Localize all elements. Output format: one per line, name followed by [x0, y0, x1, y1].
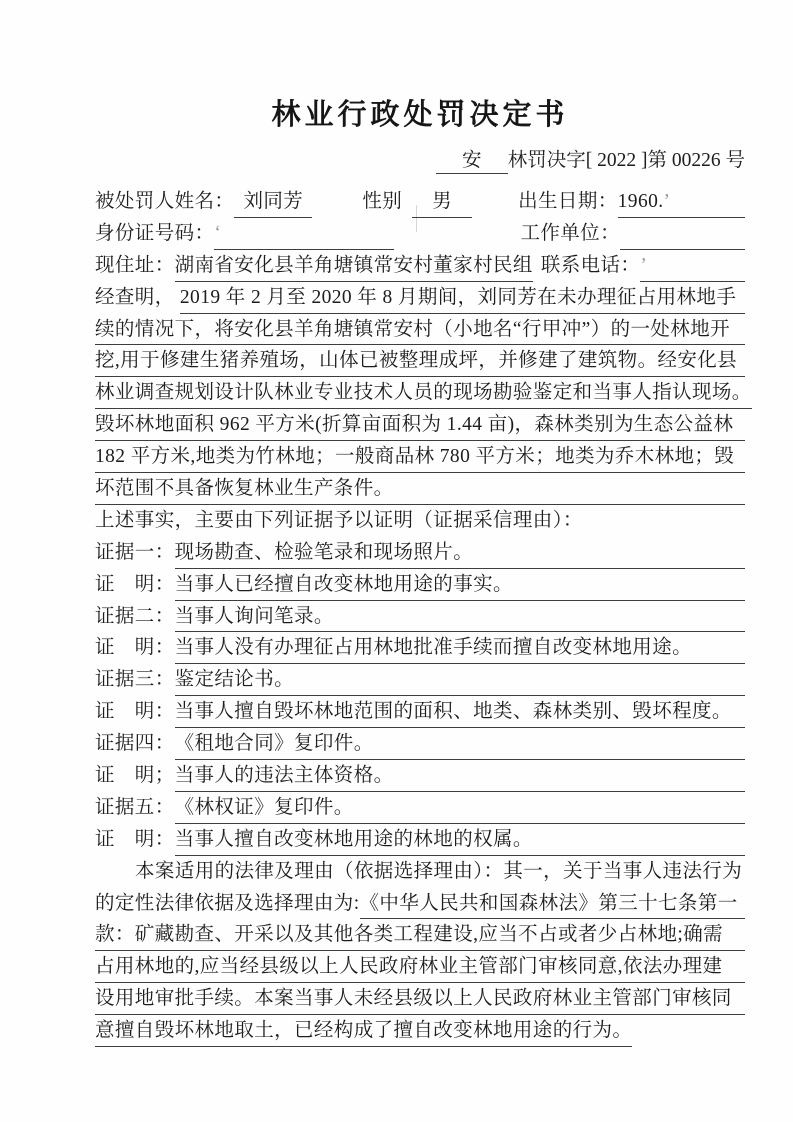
underline-fill	[513, 569, 745, 601]
id-redacted-mark: ‘	[214, 223, 221, 244]
evidence-text: 当事人没有办理征占用林地批准手续而擅自改变林地用途。	[175, 632, 692, 664]
gender-field-label: 性别	[362, 186, 402, 218]
underline-fill	[738, 888, 745, 920]
underline-fill	[732, 696, 745, 728]
underline-fill	[723, 919, 745, 951]
findings-text: 挖,用于修建生猪养殖场，山体已被整理成坪，并修建了建筑物。经安化县	[95, 345, 737, 377]
phone-field-label: 联系电话：	[541, 250, 641, 282]
field-row-name-gender-birth: 被处罚人姓名： 刘同芳 性别 男 出生日期： 1960.’	[95, 186, 745, 218]
address-field-value: 湖南省安化县羊角塘镇常安村董家村民组	[175, 250, 533, 282]
underline-fill	[394, 473, 745, 505]
evidence-label: 证 明：	[95, 824, 175, 856]
legal-text-underlined: 《中华人民共和国森林法》第三十七条第一	[360, 888, 738, 920]
evidence-label: 证据三：	[95, 664, 175, 696]
underline-fill	[733, 409, 745, 441]
evidence-proof-2: 证 明： 当事人没有办理征占用林地批准手续而擅自改变林地用途。	[95, 632, 745, 664]
evidence-proof-4: 证 明； 当事人的违法主体资格。	[95, 760, 745, 792]
findings-line-1: 经查明， 2019 年 2 月至 2020 年 8 月期间，刘同芳在未办理征占用…	[95, 282, 745, 314]
underline-fill	[374, 728, 745, 760]
spacer	[402, 186, 412, 218]
work-field-value	[620, 218, 745, 250]
phone-field-value: ’	[640, 250, 745, 282]
evidence-label: 证据五：	[95, 792, 175, 824]
findings-text: 续的情况下，将安化县羊角塘镇常安村（小地名“行甲冲”）的一处林地开	[95, 314, 730, 346]
doc-number-region: 安	[436, 147, 508, 174]
findings-line-7: 坏范围不具备恢复林业生产条件。	[95, 473, 745, 505]
field-row-id-work: 身份证号码： ‘ 工作单位：	[95, 218, 745, 250]
spacer	[533, 250, 541, 282]
legal-text-underlined: 设用地审批手续。本案当事人未经县级以上人民政府林业主管部门审核同	[95, 983, 732, 1015]
spacer	[394, 218, 520, 250]
evidence-proof-1: 证 明： 当事人已经擅自改变林地用途的事实。	[95, 569, 745, 601]
legal-line-3: 款：矿藏勘查、开采以及其他各类工程建设,应当不占或者少占林地;确需	[95, 919, 745, 951]
doc-number-text: 林罚决字[ 2022 ]第 00226 号	[508, 147, 745, 174]
evidence-label: 证 明；	[95, 760, 175, 792]
evidence-item-1: 证据一： 现场勘查、检验笔录和现场照片。	[95, 537, 745, 569]
address-field-label: 现住址：	[95, 250, 175, 282]
evidence-proof-3: 证 明： 当事人擅自毁坏林地范围的面积、地类、森林类别、毁坏程度。	[95, 696, 745, 728]
findings-lead: 经查明，	[95, 282, 180, 314]
doc-number-line: 安 林罚决字[ 2022 ]第 00226 号	[95, 147, 745, 174]
findings-text: 毁坏林地面积 962 平方米(折算亩面积为 1.44 亩)，森林类别为生态公益林	[95, 409, 733, 441]
gender-field-value: 男	[412, 186, 472, 218]
evidence-label: 证据四：	[95, 728, 175, 760]
evidence-proof-5: 证 明： 当事人擅自改变林地用途的林地的权属。	[95, 824, 745, 856]
legal-text: 本案适用的法律及理由（依据选择理由）：其一，关于当事人违法行为	[135, 856, 742, 888]
name-field-value: 刘同芳	[234, 186, 312, 218]
findings-text: 坏范围不具备恢复林业生产条件。	[95, 473, 394, 505]
underline-fill	[334, 601, 745, 633]
evidence-item-4: 证据四： 《租地合同》复印件。	[95, 728, 745, 760]
spacer	[472, 186, 518, 218]
evidence-text: 现场勘查、检验笔录和现场照片。	[175, 537, 474, 569]
evidence-item-2: 证据二： 当事人询问笔录。	[95, 601, 745, 633]
birth-redacted-mark: ’	[664, 191, 671, 212]
id-field-label: 身份证号码：	[95, 218, 214, 250]
underline-fill	[473, 537, 745, 569]
evidence-label: 证据二：	[95, 601, 175, 633]
underline-fill	[533, 824, 745, 856]
legal-line-2: 的定性法律依据及选择理由为: 《中华人民共和国森林法》第三十七条第一	[95, 888, 745, 920]
evidence-text: 当事人的违法主体资格。	[175, 760, 394, 792]
document-title: 林业行政处罚决定书	[95, 97, 745, 133]
legal-line-4: 占用林地的,应当经县级以上人民政府林业主管部门审核同意,依法办理建	[95, 951, 745, 983]
underline-fill	[730, 314, 745, 346]
evidence-text: 当事人擅自改变林地用途的林地的权属。	[175, 824, 533, 856]
underline-fill	[722, 951, 745, 983]
evidence-text: 当事人已经擅自改变林地用途的事实。	[175, 569, 513, 601]
findings-text: 2019 年 2 月至 2020 年 8 月期间，刘同芳在未办理征占用林地手	[180, 282, 736, 314]
phone-redacted-mark: ’	[640, 255, 647, 276]
findings-line-2: 续的情况下，将安化县羊角塘镇常安村（小地名“行甲冲”）的一处林地开	[95, 314, 745, 346]
underline-fill	[734, 441, 745, 473]
birth-field-label: 出生日期：	[518, 186, 618, 218]
evidence-item-5: 证据五： 《林权证》复印件。	[95, 792, 745, 824]
evidence-text: 《林权证》复印件。	[175, 792, 354, 824]
evidence-label: 证 明：	[95, 696, 175, 728]
evidence-intro-text: 上述事实，主要由下列证据予以证明（证据采信理由）：	[95, 505, 583, 537]
evidence-label: 证据一：	[95, 537, 175, 569]
work-field-label: 工作单位：	[520, 218, 620, 250]
underline-fill	[692, 632, 745, 664]
underline-fill	[737, 345, 745, 377]
findings-line-3: 挖,用于修建生猪养殖场，山体已被整理成坪，并修建了建筑物。经安化县	[95, 345, 745, 377]
underline-fill	[354, 792, 745, 824]
findings-text: 林业调查规划设计队林业专业技术人员的现场勘验鉴定和当事人指认现场。	[95, 377, 752, 409]
scanned-document-page: 林业行政处罚决定书 安 林罚决字[ 2022 ]第 00226 号 被处罚人姓名…	[0, 0, 793, 1122]
spacer	[312, 186, 362, 218]
evidence-label: 证 明：	[95, 569, 175, 601]
legal-line-1: 本案适用的法律及理由（依据选择理由）：其一，关于当事人违法行为	[95, 856, 745, 888]
findings-line-4: 林业调查规划设计队林业专业技术人员的现场勘验鉴定和当事人指认现场。	[95, 377, 745, 409]
evidence-text: 当事人擅自毁坏林地范围的面积、地类、森林类别、毁坏程度。	[175, 696, 732, 728]
birth-value-text: 1960.	[618, 191, 664, 212]
legal-text-underlined: 意擅自毁坏林地取土，已经构成了擅自改变林地用途的行为。	[95, 1015, 632, 1047]
underline-fill	[294, 664, 745, 696]
legal-text-plain: 的定性法律依据及选择理由为:	[95, 888, 360, 920]
id-field-value: ‘	[214, 218, 394, 250]
document-content: 林业行政处罚决定书 安 林罚决字[ 2022 ]第 00226 号 被处罚人姓名…	[95, 0, 745, 1047]
evidence-intro-line: 上述事实，主要由下列证据予以证明（证据采信理由）：	[95, 505, 745, 537]
legal-text-underlined: 款：矿藏勘查、开采以及其他各类工程建设,应当不占或者少占林地;确需	[95, 919, 723, 951]
evidence-item-3: 证据三： 鉴定结论书。	[95, 664, 745, 696]
underline-fill	[732, 983, 745, 1015]
underline-fill	[394, 760, 745, 792]
underline-fill	[736, 282, 745, 314]
legal-line-6: 意擅自毁坏林地取土，已经构成了擅自改变林地用途的行为。	[95, 1015, 745, 1047]
document-body: 被处罚人姓名： 刘同芳 性别 男 出生日期： 1960.’ 身份证号码： ‘ 工…	[95, 186, 745, 1047]
legal-text-underlined: 占用林地的,应当经县级以上人民政府林业主管部门审核同意,依法办理建	[95, 951, 722, 983]
birth-field-value: 1960.’	[618, 186, 745, 218]
evidence-text: 当事人询问笔录。	[175, 601, 334, 633]
field-row-address-phone: 现住址： 湖南省安化县羊角塘镇常安村董家村民组 联系电话： ’	[95, 250, 745, 282]
name-field-label: 被处罚人姓名：	[95, 186, 234, 218]
evidence-text: 《租地合同》复印件。	[175, 728, 374, 760]
evidence-label: 证 明：	[95, 632, 175, 664]
legal-line-5: 设用地审批手续。本案当事人未经县级以上人民政府林业主管部门审核同	[95, 983, 745, 1015]
findings-line-5: 毁坏林地面积 962 平方米(折算亩面积为 1.44 亩)，森林类别为生态公益林	[95, 409, 745, 441]
findings-text: 182 平方米,地类为竹林地；一般商品林 780 平方米；地类为乔木林地；毁	[95, 441, 734, 473]
findings-line-6: 182 平方米,地类为竹林地；一般商品林 780 平方米；地类为乔木林地；毁	[95, 441, 745, 473]
evidence-text: 鉴定结论书。	[175, 664, 294, 696]
